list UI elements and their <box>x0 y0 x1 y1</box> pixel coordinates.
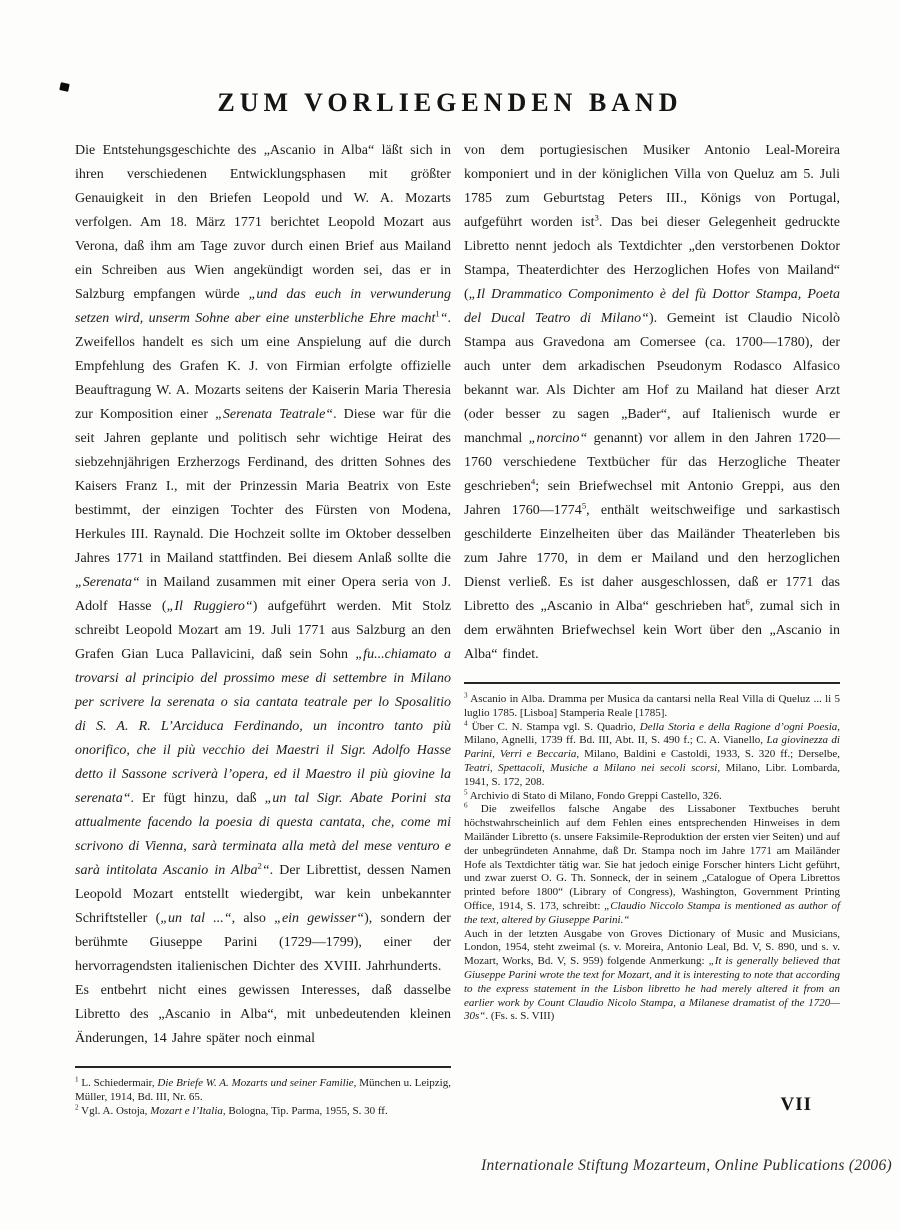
footnote: 5 Archivio di Stato di Milano, Fondo Gre… <box>464 790 840 804</box>
left-column: Die Entstehungsgeschichte des „Ascanio i… <box>75 139 451 1118</box>
footer-credit: Internationale Stiftung Mozarteum, Onlin… <box>481 1157 892 1175</box>
footnote: 4 Über C. N. Stampa vgl. S. Quadrio, Del… <box>464 721 840 790</box>
paragraph: Es entbehrt nicht eines gewissen Interes… <box>75 979 451 1051</box>
left-column-body-text: Die Entstehungsgeschichte des „Ascanio i… <box>75 139 451 1051</box>
left-footnote-rule <box>75 1066 451 1068</box>
footnote: 2 Vgl. A. Ostoja, Mozart e l’Italia, Bol… <box>75 1105 451 1119</box>
right-footnotes: 3 Ascanio in Alba. Dramma per Musica da … <box>464 693 840 1024</box>
page-number: VII <box>780 1094 812 1116</box>
left-footnotes: 1 L. Schiedermair, Die Briefe W. A. Moza… <box>75 1077 451 1118</box>
document-page: ZUM VORLIEGENDEN BAND Die Entstehungsges… <box>0 0 900 1230</box>
paragraph: von dem portugiesischen Musiker Antonio … <box>464 139 840 667</box>
page-title: ZUM VORLIEGENDEN BAND <box>0 88 900 118</box>
two-column-layout: Die Entstehungsgeschichte des „Ascanio i… <box>75 139 840 1118</box>
right-column-body-text: von dem portugiesischen Musiker Antonio … <box>464 139 840 667</box>
footnote: 6 Die zweifellos falsche Angabe des Liss… <box>464 803 840 927</box>
right-column: von dem portugiesischen Musiker Antonio … <box>464 139 840 1118</box>
footnote: Auch in der letzten Ausgabe von Groves D… <box>464 928 840 1025</box>
footnote: 3 Ascanio in Alba. Dramma per Musica da … <box>464 693 840 721</box>
footnote: 1 L. Schiedermair, Die Briefe W. A. Moza… <box>75 1077 451 1105</box>
paragraph: Die Entstehungsgeschichte des „Ascanio i… <box>75 139 451 979</box>
right-footnote-rule <box>464 682 840 684</box>
